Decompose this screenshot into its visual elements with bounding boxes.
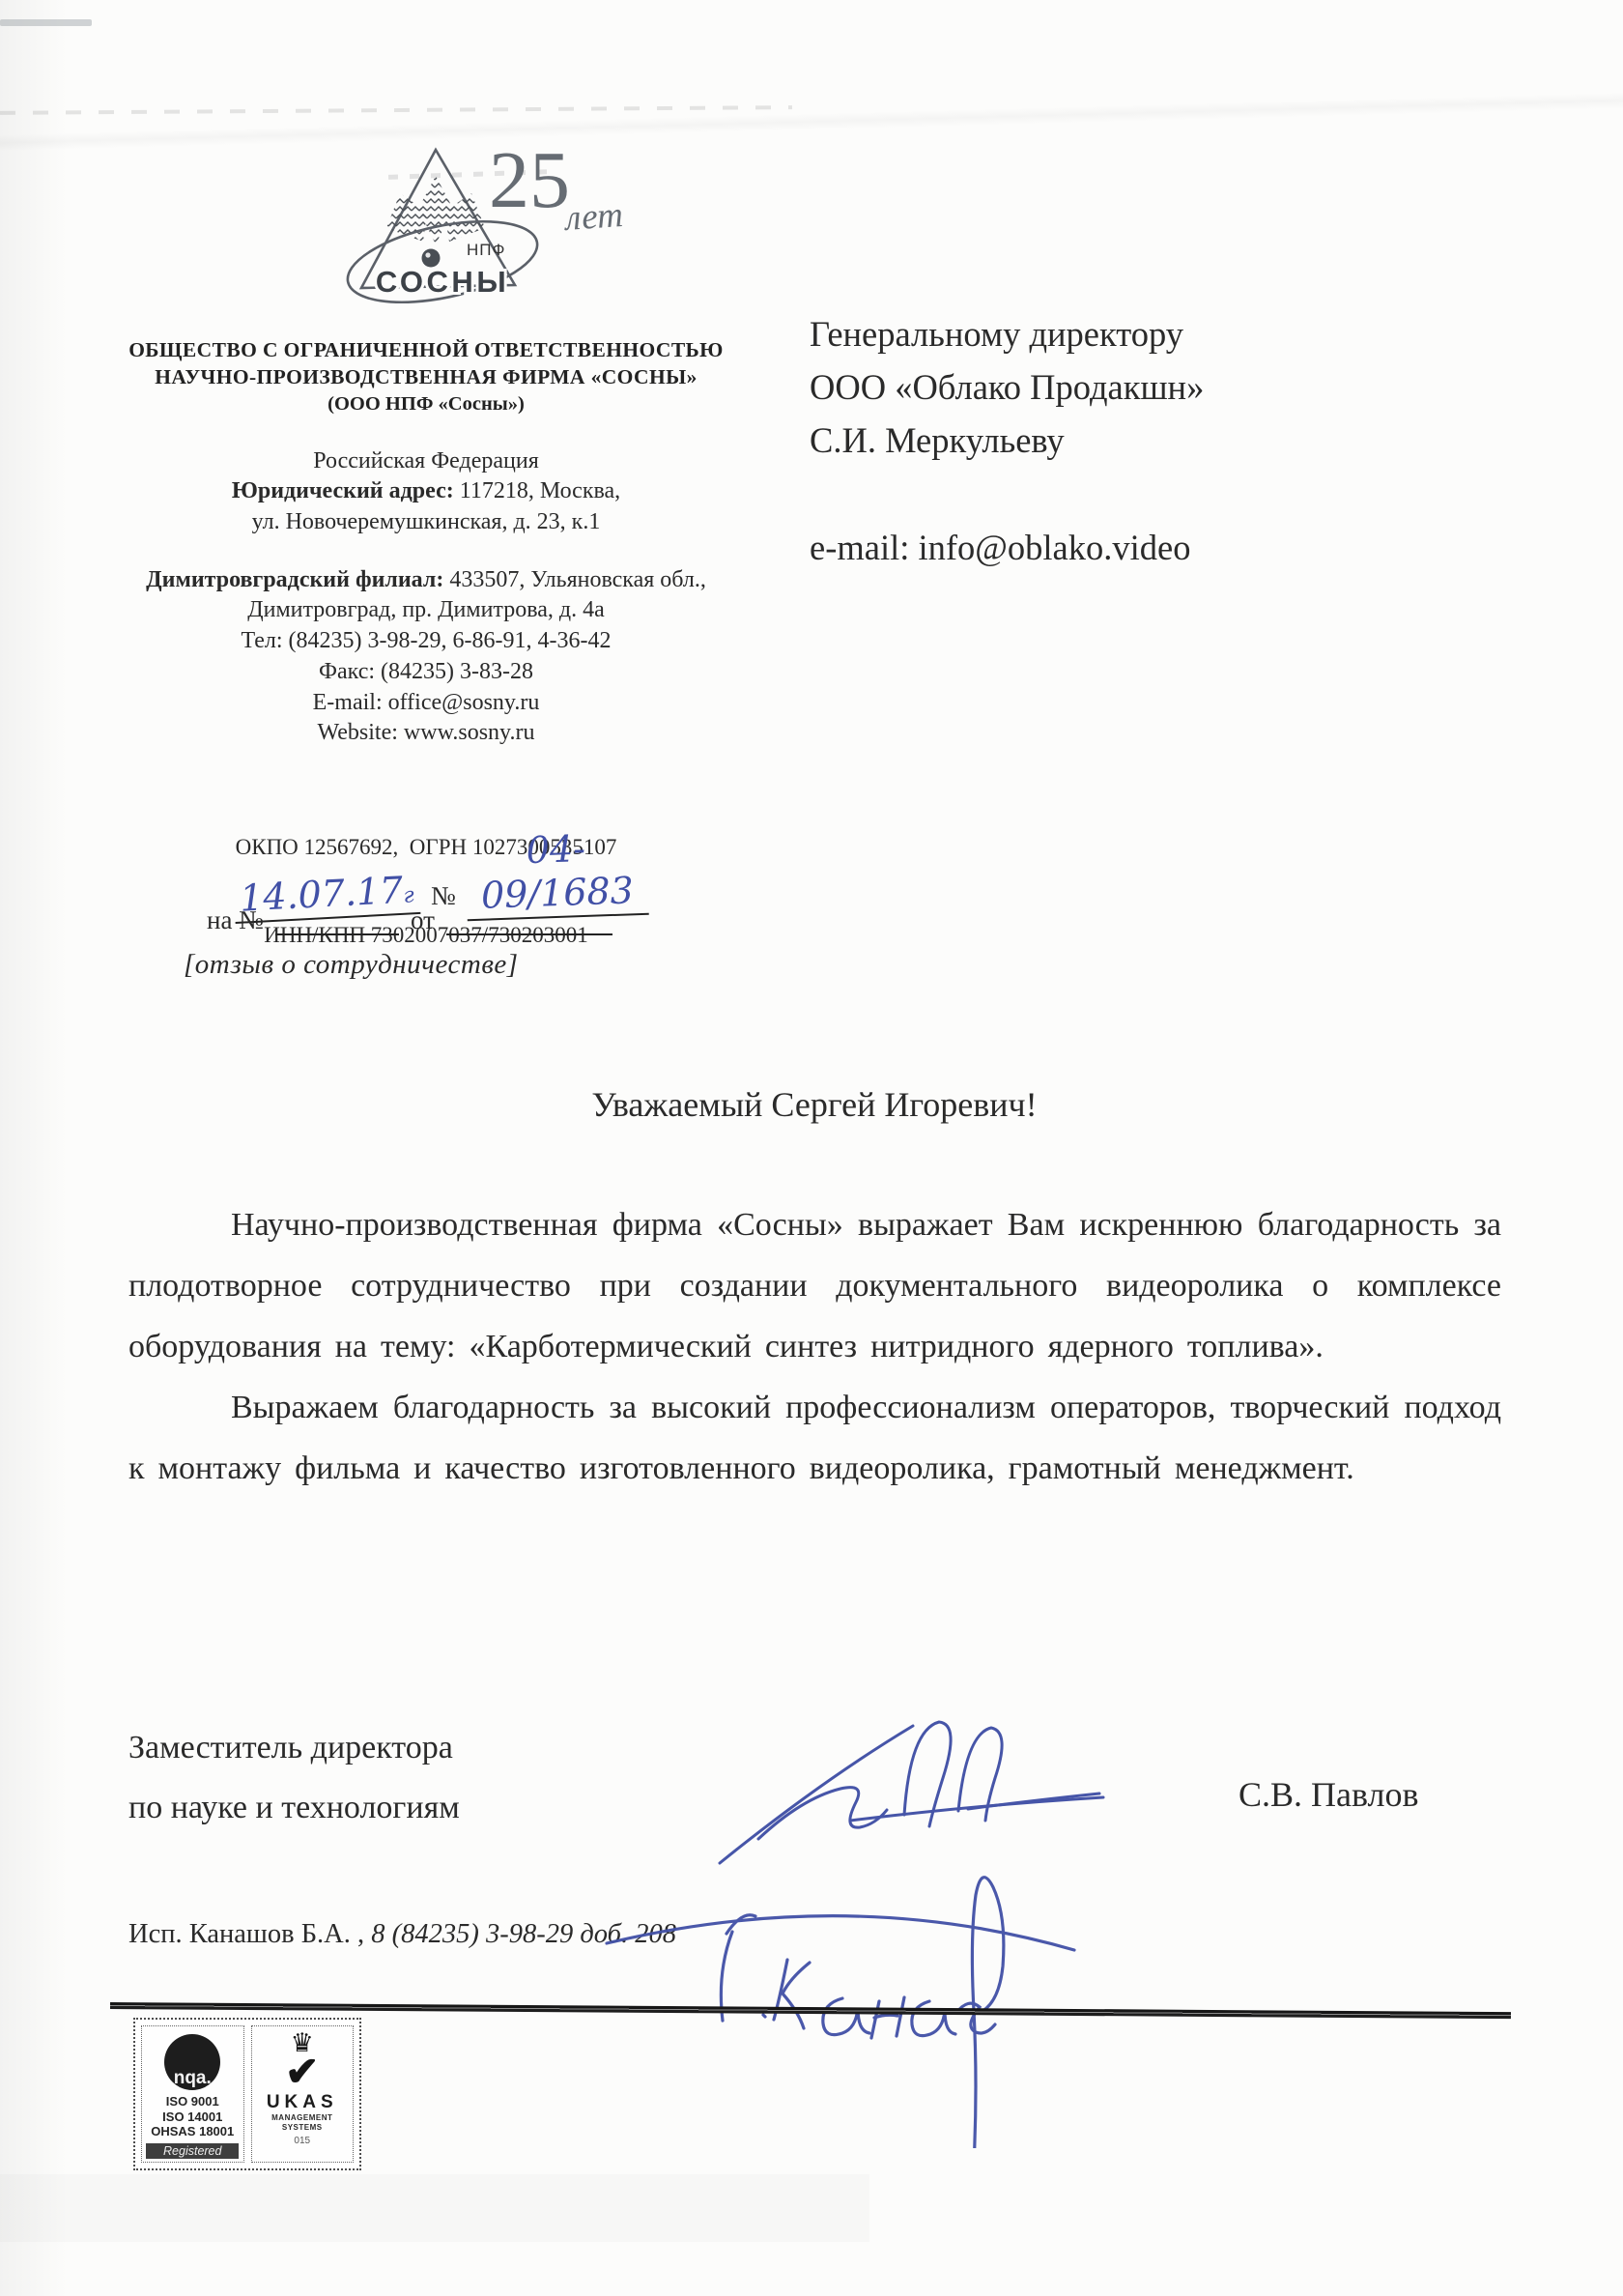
fax-line: Факс: (84235) 3-83-28 [85,657,767,688]
letter-page: 25 лет НПФ СОСНЫ ОБЩЕСТВО С ОГРАНИЧЕННОЙ… [0,0,1623,2296]
email-line: E-mail: office@sosny.ru [85,688,767,719]
branch-line1: Димитровградский филиал: 433507, Ульянов… [85,565,767,596]
scan-edge-shadow [0,0,68,2296]
recipient-block: Генеральному директору ООО «Облако Прода… [810,307,1515,574]
branch-line2: Димитровград, пр. Димитрова, д. 4а [85,595,767,626]
recipient-email: e-mail: info@oblako.video [810,521,1515,574]
anniversary-word: лет [562,195,624,239]
recipient-name: С.И. Меркульеву [810,414,1515,467]
company-name-line2: НАУЧНО-ПРОИЗВОДСТВЕННАЯ ФИРМА «СОСНЫ» [85,363,767,390]
scan-dashed-artifact [0,105,792,115]
signer-title: Заместитель директора по науке и техноло… [128,1718,460,1838]
branch-value: 433507, Ульяновская обл., [443,567,706,592]
scan-smudge-band [0,93,1623,151]
company-name-line1: ОБЩЕСТВО С ОГРАНИЧЕННОЙ ОТВЕТСТВЕННОСТЬЮ [85,336,767,363]
certification-badges: nqa. ISO 9001 ISO 14001 OHSAS 18001 Regi… [133,2018,361,2170]
phone-line: Тел: (84235) 3-98-29, 6-86-91, 4-36-42 [85,626,767,657]
legal-address-line2: ул. Новочеремушкинская, д. 23, к.1 [85,507,767,538]
scan-corner-artifact [0,19,92,26]
letter-body: Научно-производственная фирма «Сосны» вы… [128,1194,1501,1499]
iso-14001-label: ISO 14001 [151,2109,234,2125]
footer-rule [110,2002,1511,2019]
reply-number-blank [275,904,399,935]
signer-title-line1: Заместитель директора [128,1718,460,1778]
salutation: Уважаемый Сергей Игоревич! [128,1084,1500,1125]
subject-line: [отзыв о сотрудничестве] [184,949,519,981]
signer-title-line2: по науке и технологиям [128,1778,460,1838]
executor-line: Исп. Канашов Б.А. , 8 (84235) 3-98-29 до… [128,1919,676,1950]
ukas-sub-line1: MANAGEMENT [271,2113,332,2123]
country-line: Российская Федерация [85,446,767,477]
branch-label: Димитровградский филиал: [146,567,443,592]
scan-bottom-tint [0,2174,869,2242]
company-name-line3: (ООО НПФ «Сосны») [85,391,767,417]
website-line: Website: www.sosny.ru [85,718,767,749]
executor-phone: 8 (84235) 3-98-29 доб. 208 [371,1919,676,1949]
ukas-sub-line2: SYSTEMS [282,2123,323,2133]
recipient-company: ООО «Облако Продакшн» [810,360,1515,414]
legal-address-value: 117218, Москва, [454,478,620,503]
anniversary-number: 25 [489,135,570,225]
reply-to-label: на № [207,905,264,935]
body-paragraph-2: Выражаем благодарность за высокий профес… [128,1377,1501,1499]
legal-address-line1: Юридический адрес: 117218, Москва, [85,476,767,507]
logo-npf-label: НПФ [467,241,505,259]
recipient-title: Генеральному директору [810,307,1515,360]
signer-name: С.В. Павлов [1239,1774,1419,1815]
atom-dot-highlight [425,252,430,257]
sosny-logo-graphic: 25 лет НПФ СОСНЫ [334,135,663,330]
nqa-brand: nqa. [174,2067,212,2090]
body-paragraph-1: Научно-производственная фирма «Сосны» вы… [128,1194,1501,1377]
company-logo: 25 лет НПФ СОСНЫ [334,135,663,330]
reply-reference-row: на № от [207,904,612,935]
checkmark-icon: ✔ [285,2052,319,2091]
pine-branches-icon [386,176,485,244]
reply-date-blank [446,904,612,935]
iso-9001-label: ISO 9001 [151,2094,234,2109]
reference-row: 14.07.17г № 04-09/1683 [234,823,647,913]
ukas-name: UKAS [267,2092,338,2113]
executor-name: Исп. Канашов Б.А. , [128,1919,371,1949]
handwritten-number: 04-09/1683 [480,827,634,917]
pavlov-signature [715,1699,1121,1873]
reply-from-label: от [411,905,435,935]
ukas-number: 015 [294,2136,310,2146]
ukas-badge: ♛ ✔ UKAS MANAGEMENT SYSTEMS 015 [251,2025,355,2163]
nqa-badge: nqa. ISO 9001 ISO 14001 OHSAS 18001 Regi… [141,2025,244,2163]
legal-address-label: Юридический адрес: [232,478,454,503]
ohsas-18001-label: OHSAS 18001 [151,2124,234,2139]
registered-bar: Registered [146,2143,239,2159]
nqa-logo-icon: nqa. [164,2034,220,2090]
logo-brand-text: СОСНЫ [376,265,509,299]
